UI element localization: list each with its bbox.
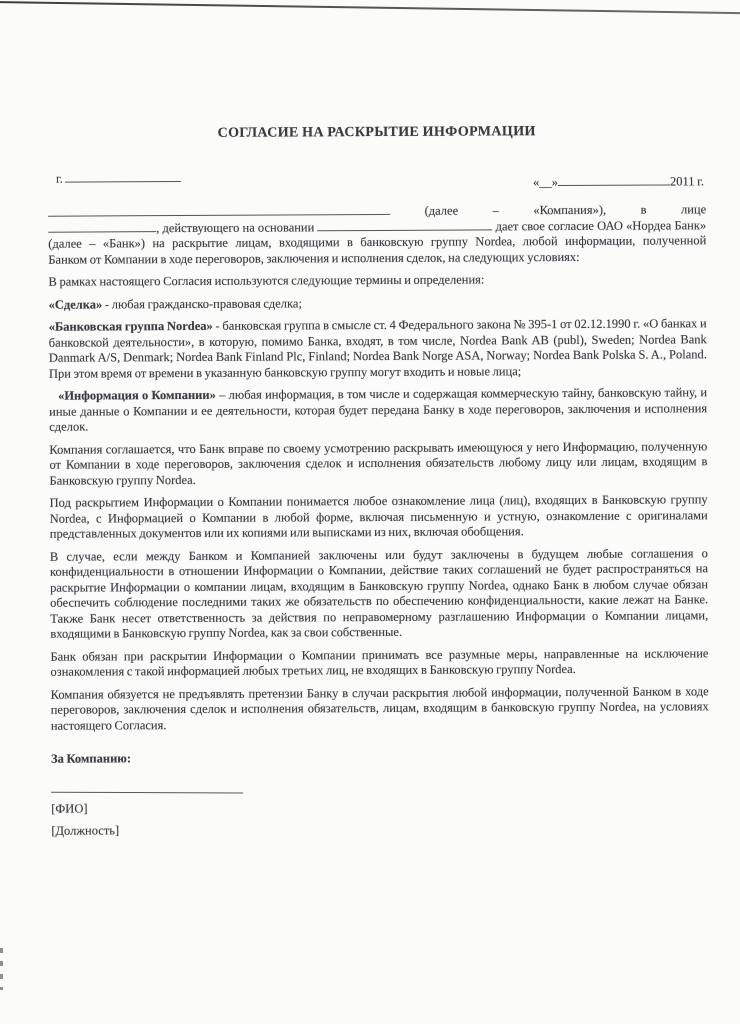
company-name-blank-line bbox=[48, 204, 390, 217]
date-line: «__»2011 г. bbox=[533, 174, 704, 190]
intro-line-2-text: , действующего на основании bbox=[156, 220, 314, 235]
paragraph-confidentiality: В случае, если между Банком и Компанией … bbox=[50, 546, 708, 642]
paragraph-text: Компания соглашается, что Банк вправе по… bbox=[49, 439, 707, 487]
signature-blank-line bbox=[51, 791, 243, 793]
paragraph-text: Компания обязуется не предъявлять претен… bbox=[51, 684, 709, 732]
city-line: г. bbox=[56, 171, 182, 187]
intro-line-1-text: (далее – «Компания»), в лице bbox=[425, 202, 707, 217]
term-lead: «Информация о Компании» bbox=[58, 388, 216, 403]
paragraph-consent: Компания соглашается, что Банк вправе по… bbox=[49, 439, 707, 489]
signature-position-placeholder: [Должность] bbox=[51, 820, 709, 839]
basis-blank-line bbox=[317, 219, 492, 231]
intro-line-2-tail: дает свое согласие ОАО «Нордеа Банк» bbox=[496, 218, 707, 233]
paragraph-term-company-info: «Информация о Компании» – любая информац… bbox=[49, 385, 707, 435]
scan-left-edge-speck bbox=[0, 948, 3, 990]
term-lead: «Сделка» bbox=[49, 297, 103, 311]
intro-line-4: Банком от Компании в ходе переговоров, з… bbox=[48, 249, 706, 268]
paragraph-text: В рамках настоящего Согласия используютс… bbox=[48, 272, 484, 288]
date-year: 2011 г. bbox=[670, 174, 704, 188]
date-day-placeholder: «__» bbox=[533, 175, 558, 189]
paragraph-no-claims: Компания обязуется не предъявлять претен… bbox=[51, 684, 709, 734]
date-blank-line bbox=[558, 174, 670, 186]
signature-block: За Компанию: [ФИО] [Должность] bbox=[51, 748, 709, 839]
signature-name-placeholder: [ФИО] bbox=[51, 798, 709, 817]
paragraph-text: Под раскрытием Информации о Компании пон… bbox=[50, 492, 708, 540]
paragraph-term-bank-group: «Банковская группа Nordea» - банковская … bbox=[49, 316, 707, 381]
signature-for-company-label: За Компанию: bbox=[51, 748, 709, 767]
representative-blank-line bbox=[48, 221, 156, 233]
paragraph-bank-obligation: Банк обязан при раскрытии Информации о К… bbox=[50, 646, 708, 680]
document-paragraphs: В рамках настоящего Согласия используютс… bbox=[48, 271, 708, 733]
paragraph-text: - любая гражданско-правовая сделка; bbox=[102, 296, 302, 311]
city-date-row: г. «__»2011 г. bbox=[48, 168, 706, 193]
term-lead: «Банковская группа Nordea» bbox=[49, 319, 213, 334]
document-title: СОГЛАСИЕ НА РАСКРЫТИЕ ИНФОРМАЦИИ bbox=[48, 122, 706, 142]
paragraph-disclosure-definition: Под раскрытием Информации о Компании пон… bbox=[50, 492, 708, 542]
city-blank-line bbox=[65, 171, 181, 183]
paragraph-term-sdelka: «Сделка» - любая гражданско-правовая сде… bbox=[49, 294, 707, 313]
scanned-page: СОГЛАСИЕ НА РАСКРЫТИЕ ИНФОРМАЦИИ г. «__»… bbox=[0, 0, 740, 1024]
document-body: СОГЛАСИЕ НА РАСКРЫТИЕ ИНФОРМАЦИИ г. «__»… bbox=[47, 0, 709, 839]
paragraph-text: Банк обязан при раскрытии Информации о К… bbox=[50, 646, 708, 679]
intro-paragraph: (далее – «Компания»), в лице , действующ… bbox=[48, 202, 706, 267]
paragraph-terms-heading: В рамках настоящего Согласия используютс… bbox=[48, 271, 706, 290]
paragraph-text: В случае, если между Банком и Компанией … bbox=[50, 546, 708, 641]
city-prefix: г. bbox=[56, 172, 63, 186]
